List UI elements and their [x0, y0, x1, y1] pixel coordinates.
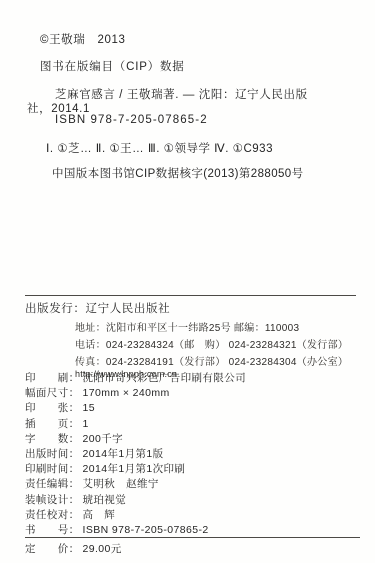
publisher-fax: 传真：024-23284191（发行部） 024-23284304（办公室）: [75, 353, 348, 368]
bottom-divider: [25, 537, 360, 538]
cip-isbn: ISBN 978-7-205-07865-2: [55, 114, 208, 126]
price-value: 29.00元: [83, 541, 122, 556]
detail-row-sheets: 印 张：15: [25, 401, 246, 416]
cip-classification: Ⅰ. ①芝… Ⅱ. ①王… Ⅲ. ①领导学 Ⅳ. ①C933: [46, 140, 273, 156]
detail-row-publish-date: 出版时间：2014年1月第1版: [25, 447, 246, 462]
publisher-line: 出版发行：辽宁人民出版社: [25, 300, 170, 316]
detail-row-inserts: 插 页：1: [25, 417, 246, 432]
detail-row-word-count: 字 数：200千字: [25, 432, 246, 447]
publisher-label: 出版发行：: [25, 303, 86, 315]
detail-row-proofreader: 责任校对：高 辉: [25, 508, 246, 523]
publisher-address: 地址：沈阳市和平区十一纬路25号 邮编：110003: [75, 319, 299, 334]
top-divider: [25, 295, 356, 296]
cip-record-number: 中国版本图书馆CIP数据核字(2013)第288050号: [52, 165, 304, 181]
detail-row-book-number: 书 号：ISBN 978-7-205-07865-2: [25, 523, 246, 538]
price-row: 定 价：29.00元: [25, 541, 122, 556]
detail-row-print-date: 印刷时间：2014年1月第1次印刷: [25, 462, 246, 477]
detail-row-design: 装帧设计：琥珀视觉: [25, 493, 246, 508]
price-label: 定 价：: [25, 541, 80, 556]
detail-row-dimensions: 幅面尺寸：170mm × 240mm: [25, 386, 246, 401]
copyright-page-scan: ©王敬瑞 2013 图书在版编目（CIP）数据 芝麻官感言 / 王敬瑞著. — …: [0, 0, 375, 563]
publisher-name: 辽宁人民出版社: [86, 303, 171, 315]
publisher-phone: 电话：024-23284324（邮 购） 024-23284321（发行部）: [75, 336, 348, 351]
copyright-line: ©王敬瑞 2013: [40, 31, 125, 47]
cip-header: 图书在版编目（CIP）数据: [40, 58, 185, 74]
cip-entry-line1: 芝麻官感言 / 王敬瑞著. — 沈阳：辽宁人民出版: [55, 86, 308, 102]
publication-details-list: 印 刷：沈阳市奇兴彩色广告印刷有限公司 幅面尺寸：170mm × 240mm 印…: [25, 371, 246, 538]
detail-row-editors: 责任编辑：艾明秋 赵维宁: [25, 477, 246, 492]
detail-row-printer: 印 刷：沈阳市奇兴彩色广告印刷有限公司: [25, 371, 246, 386]
